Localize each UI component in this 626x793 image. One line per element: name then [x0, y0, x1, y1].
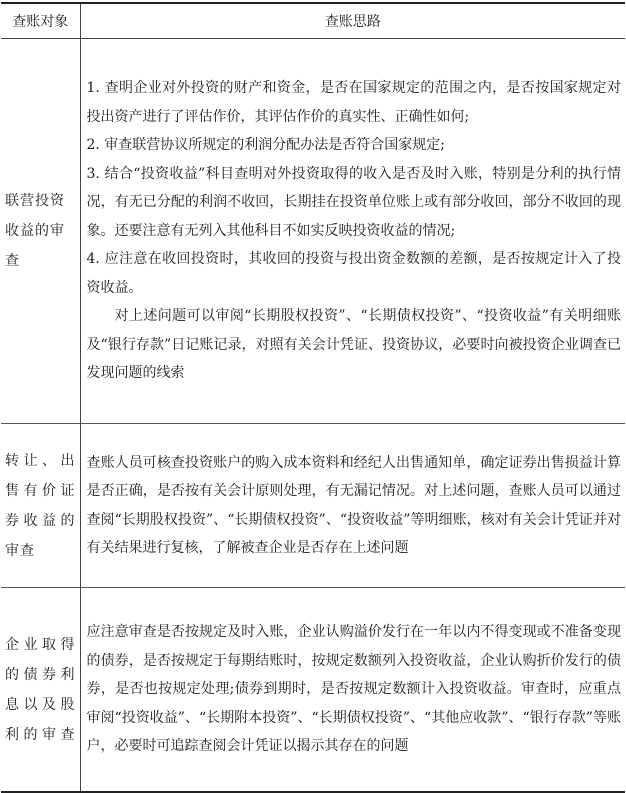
approach-paragraph: 4. 应注意在收回投资时，其收回的投资与投出资金数额的差额，是否按规定计入了投资…: [87, 245, 622, 302]
audit-object-line: 查: [5, 246, 76, 276]
audit-table: 查账对象 查账思路 联营投资 收益的审 查 1. 查明企业对外投资的财产和资金，…: [1, 2, 625, 793]
approach-paragraph: 1. 查明企业对外投资的财产和资金，是否在国家规定的范围之内，是否按国家规定对投…: [87, 74, 622, 131]
audit-object-line: 售有价证: [5, 476, 76, 506]
audit-approach-cell: 1. 查明企业对外投资的财产和资金，是否在国家规定的范围之内，是否按国家规定对投…: [80, 39, 625, 424]
audit-approach-cell: 应注意审查是否按规定及时入账，企业认购溢价发行在一年以内不得变现或不准备变现的债…: [80, 588, 625, 793]
table-row: 企业取得 的债券利 息以及股 利的审查 应注意审查是否按规定及时入账，企业认购溢…: [1, 588, 625, 793]
audit-object-line: 息以及股: [5, 690, 76, 720]
audit-object-line: 审查: [5, 536, 76, 566]
audit-object-cell: 企业取得 的债券利 息以及股 利的审查: [1, 588, 80, 793]
audit-object-line: 企业取得: [5, 630, 76, 660]
audit-object-line: 转让、出: [5, 446, 76, 476]
header-audit-object: 查账对象: [1, 3, 80, 39]
header-row: 查账对象 查账思路: [1, 3, 625, 39]
audit-object-line: 券收益的: [5, 506, 76, 536]
audit-object-line: 联营投资: [5, 186, 76, 216]
approach-paragraph: 2. 审查联营协议所规定的利润分配办法是否符合国家规定;: [87, 131, 622, 160]
approach-paragraph: 3. 结合“投资收益”科目查明对外投资取得的收入是否及时入账，特别是分利的执行情…: [87, 160, 622, 246]
approach-paragraph: 对上述问题可以审阅“长期股权投资”、“长期债权投资”、“投资收益”有关明细账及“…: [87, 302, 622, 388]
approach-paragraph: 应注意审查是否按规定及时入账，企业认购溢价发行在一年以内不得变现或不准备变现的债…: [87, 618, 622, 761]
audit-approach-cell: 查账人员可核查投资账户的购入成本资料和经纪人出售通知单，确定证券出售损益计算是否…: [80, 424, 625, 588]
header-audit-approach: 查账思路: [80, 3, 625, 39]
audit-object-cell: 联营投资 收益的审 查: [1, 39, 80, 424]
audit-object-cell: 转让、出 售有价证 券收益的 审查: [1, 424, 80, 588]
audit-object-line: 的债券利: [5, 660, 76, 690]
table-row: 转让、出 售有价证 券收益的 审查 查账人员可核查投资账户的购入成本资料和经纪人…: [1, 424, 625, 588]
table-row: 联营投资 收益的审 查 1. 查明企业对外投资的财产和资金，是否在国家规定的范围…: [1, 39, 625, 424]
approach-paragraph: 查账人员可核查投资账户的购入成本资料和经纪人出售通知单，确定证券出售损益计算是否…: [87, 449, 622, 563]
audit-object-line: 利的审查: [5, 720, 76, 750]
audit-object-line: 收益的审: [5, 216, 76, 246]
